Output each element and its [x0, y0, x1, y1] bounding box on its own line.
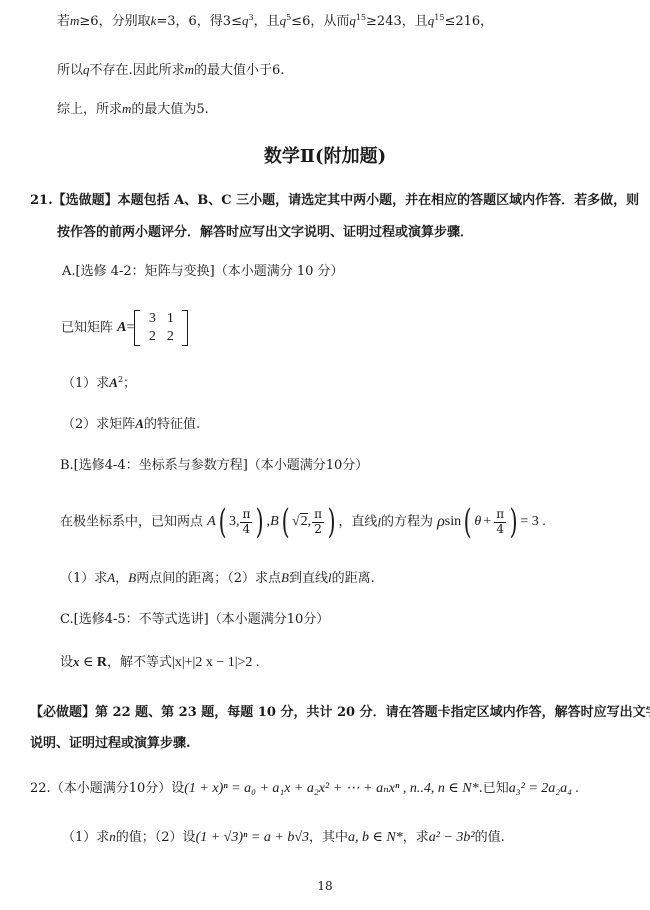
text: （1）求	[60, 571, 107, 586]
target-expression: a² − 3b²	[429, 830, 475, 845]
q21a-part-2: （2）求矩阵A的特征值.	[62, 417, 200, 431]
matrix-entries: 3122	[140, 312, 182, 344]
point-B: B	[128, 570, 136, 585]
q22-parts: （1）求n的值；（2）设(1 + √3)ⁿ = a + b√3，其中a, b ∈…	[62, 830, 505, 845]
matrix-cell: 2	[143, 330, 161, 344]
condition-formula: a₃² = 2a₂a₄ .	[509, 781, 579, 796]
text: ，	[115, 571, 128, 586]
fraction: π4	[240, 508, 252, 535]
q21b-parts: （1）求A，B两点间的距离；（2）求点B到直线l的距离.	[60, 571, 375, 585]
text: 已知矩阵	[61, 321, 113, 336]
q21-intro-line-2: 按作答的前两小题评分．解答时应写出文字说明、证明过程或演算步骤．	[57, 226, 473, 239]
rho: ρ	[437, 513, 445, 530]
denominator: 4	[243, 523, 251, 536]
page-number: 18	[0, 880, 650, 892]
var-A: A	[109, 375, 118, 390]
solution-line-1: 若m≥6，分别取k=3，6，得3≤q3，且q5≤6，从而q15≥243，且q15…	[57, 14, 493, 28]
paren-left: (	[218, 505, 226, 539]
q21b-given: 在极坐标系中，已知两点 A(3,π4),B(√2,π2)，直线l的方程为 ρsi…	[60, 505, 546, 539]
var-m: m	[185, 62, 194, 77]
q21a-header: A.[选修 4-2：矩阵与变换]（本小题满分 10 分）	[62, 265, 344, 278]
q22-stem: 22.（本小题满分10分）设(1 + x)ⁿ = a₀ + a₁x + a₂x²…	[30, 782, 579, 796]
matrix-A: 3122	[134, 310, 188, 346]
equals: =	[127, 320, 135, 335]
text: ≤216，	[444, 14, 493, 29]
matrix-cell: 2	[161, 330, 179, 344]
text: （1）求	[62, 376, 109, 391]
point-B: B	[281, 570, 289, 585]
score: （本小题满分10分）	[51, 781, 172, 796]
point-A: A	[207, 514, 216, 529]
matrix-cell: 3	[143, 312, 161, 326]
element-of: ∈	[80, 655, 97, 670]
bracket-right	[182, 310, 188, 346]
text: 设	[171, 781, 184, 796]
text: 的最大值为5.	[131, 102, 208, 117]
paren-left: (	[281, 505, 289, 539]
question-number: 21.	[30, 193, 53, 208]
text: 两点间的距离；（2）求点	[136, 571, 281, 586]
text: ≤6，从而	[291, 14, 349, 29]
text: 的值；（2）设	[116, 830, 196, 845]
q21c-given: 设x ∈ R，解不等式|x|+|2 x − 1|>2 .	[60, 655, 259, 670]
var-m: m	[122, 101, 131, 116]
text: （2）求矩阵	[62, 417, 135, 432]
q21b-header: B.[选修4-4：坐标系与参数方程]（本小题满分10分）	[60, 459, 368, 472]
q21c-header: C.[选修4-5：不等式选讲]（本小题满分10分）	[60, 613, 329, 626]
text: 的最大值小于6.	[194, 63, 284, 78]
equation-rhs: = 3 .	[520, 514, 545, 529]
text: ，求	[403, 830, 429, 845]
denominator: 4	[496, 523, 504, 536]
fraction: π4	[494, 508, 506, 535]
fraction: π2	[312, 508, 324, 535]
text: 在极坐标系中，已知两点	[60, 515, 203, 530]
text: =3，6，得3≤	[156, 14, 242, 29]
numerator: π	[240, 508, 252, 522]
numerator: π	[312, 508, 324, 522]
text: 综上，所求	[57, 102, 122, 117]
binomial-expression: (1 + √3)ⁿ = a + b√3	[196, 830, 309, 845]
set-membership: a, b ∈ N*	[348, 830, 403, 845]
paren-left: (	[464, 505, 472, 539]
var-m: m	[70, 13, 79, 28]
section-tag: 【必做题】	[30, 705, 95, 720]
set-R: R	[97, 655, 107, 670]
required-line-2: 说明、证明过程或演算步骤.	[30, 737, 191, 750]
text: 按作答的前两小题评分．解答时应写出文字说明、证明过程或演算步骤．	[57, 225, 473, 240]
text: ，解不等式	[107, 655, 172, 670]
text: 若	[57, 14, 70, 29]
sin: sin	[445, 514, 461, 529]
q21a-part-1: （1）求A2；	[62, 376, 136, 390]
solution-line-3: 综上，所求m的最大值为5.	[57, 102, 209, 116]
text: ，其中	[309, 830, 348, 845]
text: 第 22 题、第 23 题，每题 10 分，共计 20 分．请在答题卡指定区域内…	[95, 705, 650, 720]
text: 不存在.因此所求	[90, 63, 185, 78]
text: 本题包括 A、B、C 三小题，请选定其中两小题，并在相应的答题区域内作答．若多做…	[118, 193, 639, 208]
section-title: 数学Ⅱ(附加题)	[0, 148, 650, 166]
theta: θ	[474, 514, 481, 529]
text: 的方程为	[381, 515, 433, 530]
text: 所以	[57, 63, 83, 78]
exponent: 15	[356, 13, 366, 22]
text: 的距离.	[332, 571, 375, 586]
text: 设	[60, 655, 73, 670]
text: ≥6，分别取	[79, 14, 150, 29]
q21-intro-line-1: 21.【选做题】本题包括 A、B、C 三小题，请选定其中两小题，并在相应的答题区…	[30, 194, 639, 207]
paren-right: )	[256, 505, 264, 539]
q21a-given: 已知矩阵 A=3122	[61, 310, 188, 346]
solution-line-2: 所以q不存在.因此所求m的最大值小于6.	[57, 63, 284, 77]
text: ，直线	[338, 515, 377, 530]
inequality: |x|+|2 x − 1|>2 .	[172, 655, 259, 670]
denominator: 2	[314, 523, 322, 536]
text: ，且	[254, 14, 280, 29]
paren-right: )	[328, 505, 336, 539]
text: （1）求	[62, 830, 109, 845]
radius: 3,	[229, 514, 240, 529]
text: .已知	[479, 781, 509, 796]
paren-right: )	[510, 505, 518, 539]
text: 的特征值.	[144, 417, 200, 432]
plus: +	[483, 514, 491, 529]
sqrt-radius: √2,	[292, 513, 311, 529]
numerator: π	[494, 508, 506, 522]
var-A: A	[117, 320, 126, 335]
text: ；	[123, 376, 136, 391]
text: 说明、证明过程或演算步骤.	[30, 736, 191, 751]
question-tag: 【选做题】	[53, 193, 118, 208]
text: 到直线	[289, 571, 328, 586]
expansion-formula: (1 + x)ⁿ = a₀ + a₁x + a₂x² + ⋯ + aₙxⁿ , …	[184, 781, 478, 796]
radicand: 2	[300, 513, 308, 529]
matrix-cell: 1	[161, 312, 179, 326]
text: 的值.	[475, 830, 505, 845]
point-B: B	[270, 514, 279, 529]
exponent: 15	[434, 13, 444, 22]
question-number: 22.	[30, 781, 51, 796]
required-line-1: 【必做题】第 22 题、第 23 题，每题 10 分，共计 20 分．请在答题卡…	[30, 706, 650, 719]
var-A: A	[135, 416, 144, 431]
text: ≥243，且	[366, 14, 428, 29]
